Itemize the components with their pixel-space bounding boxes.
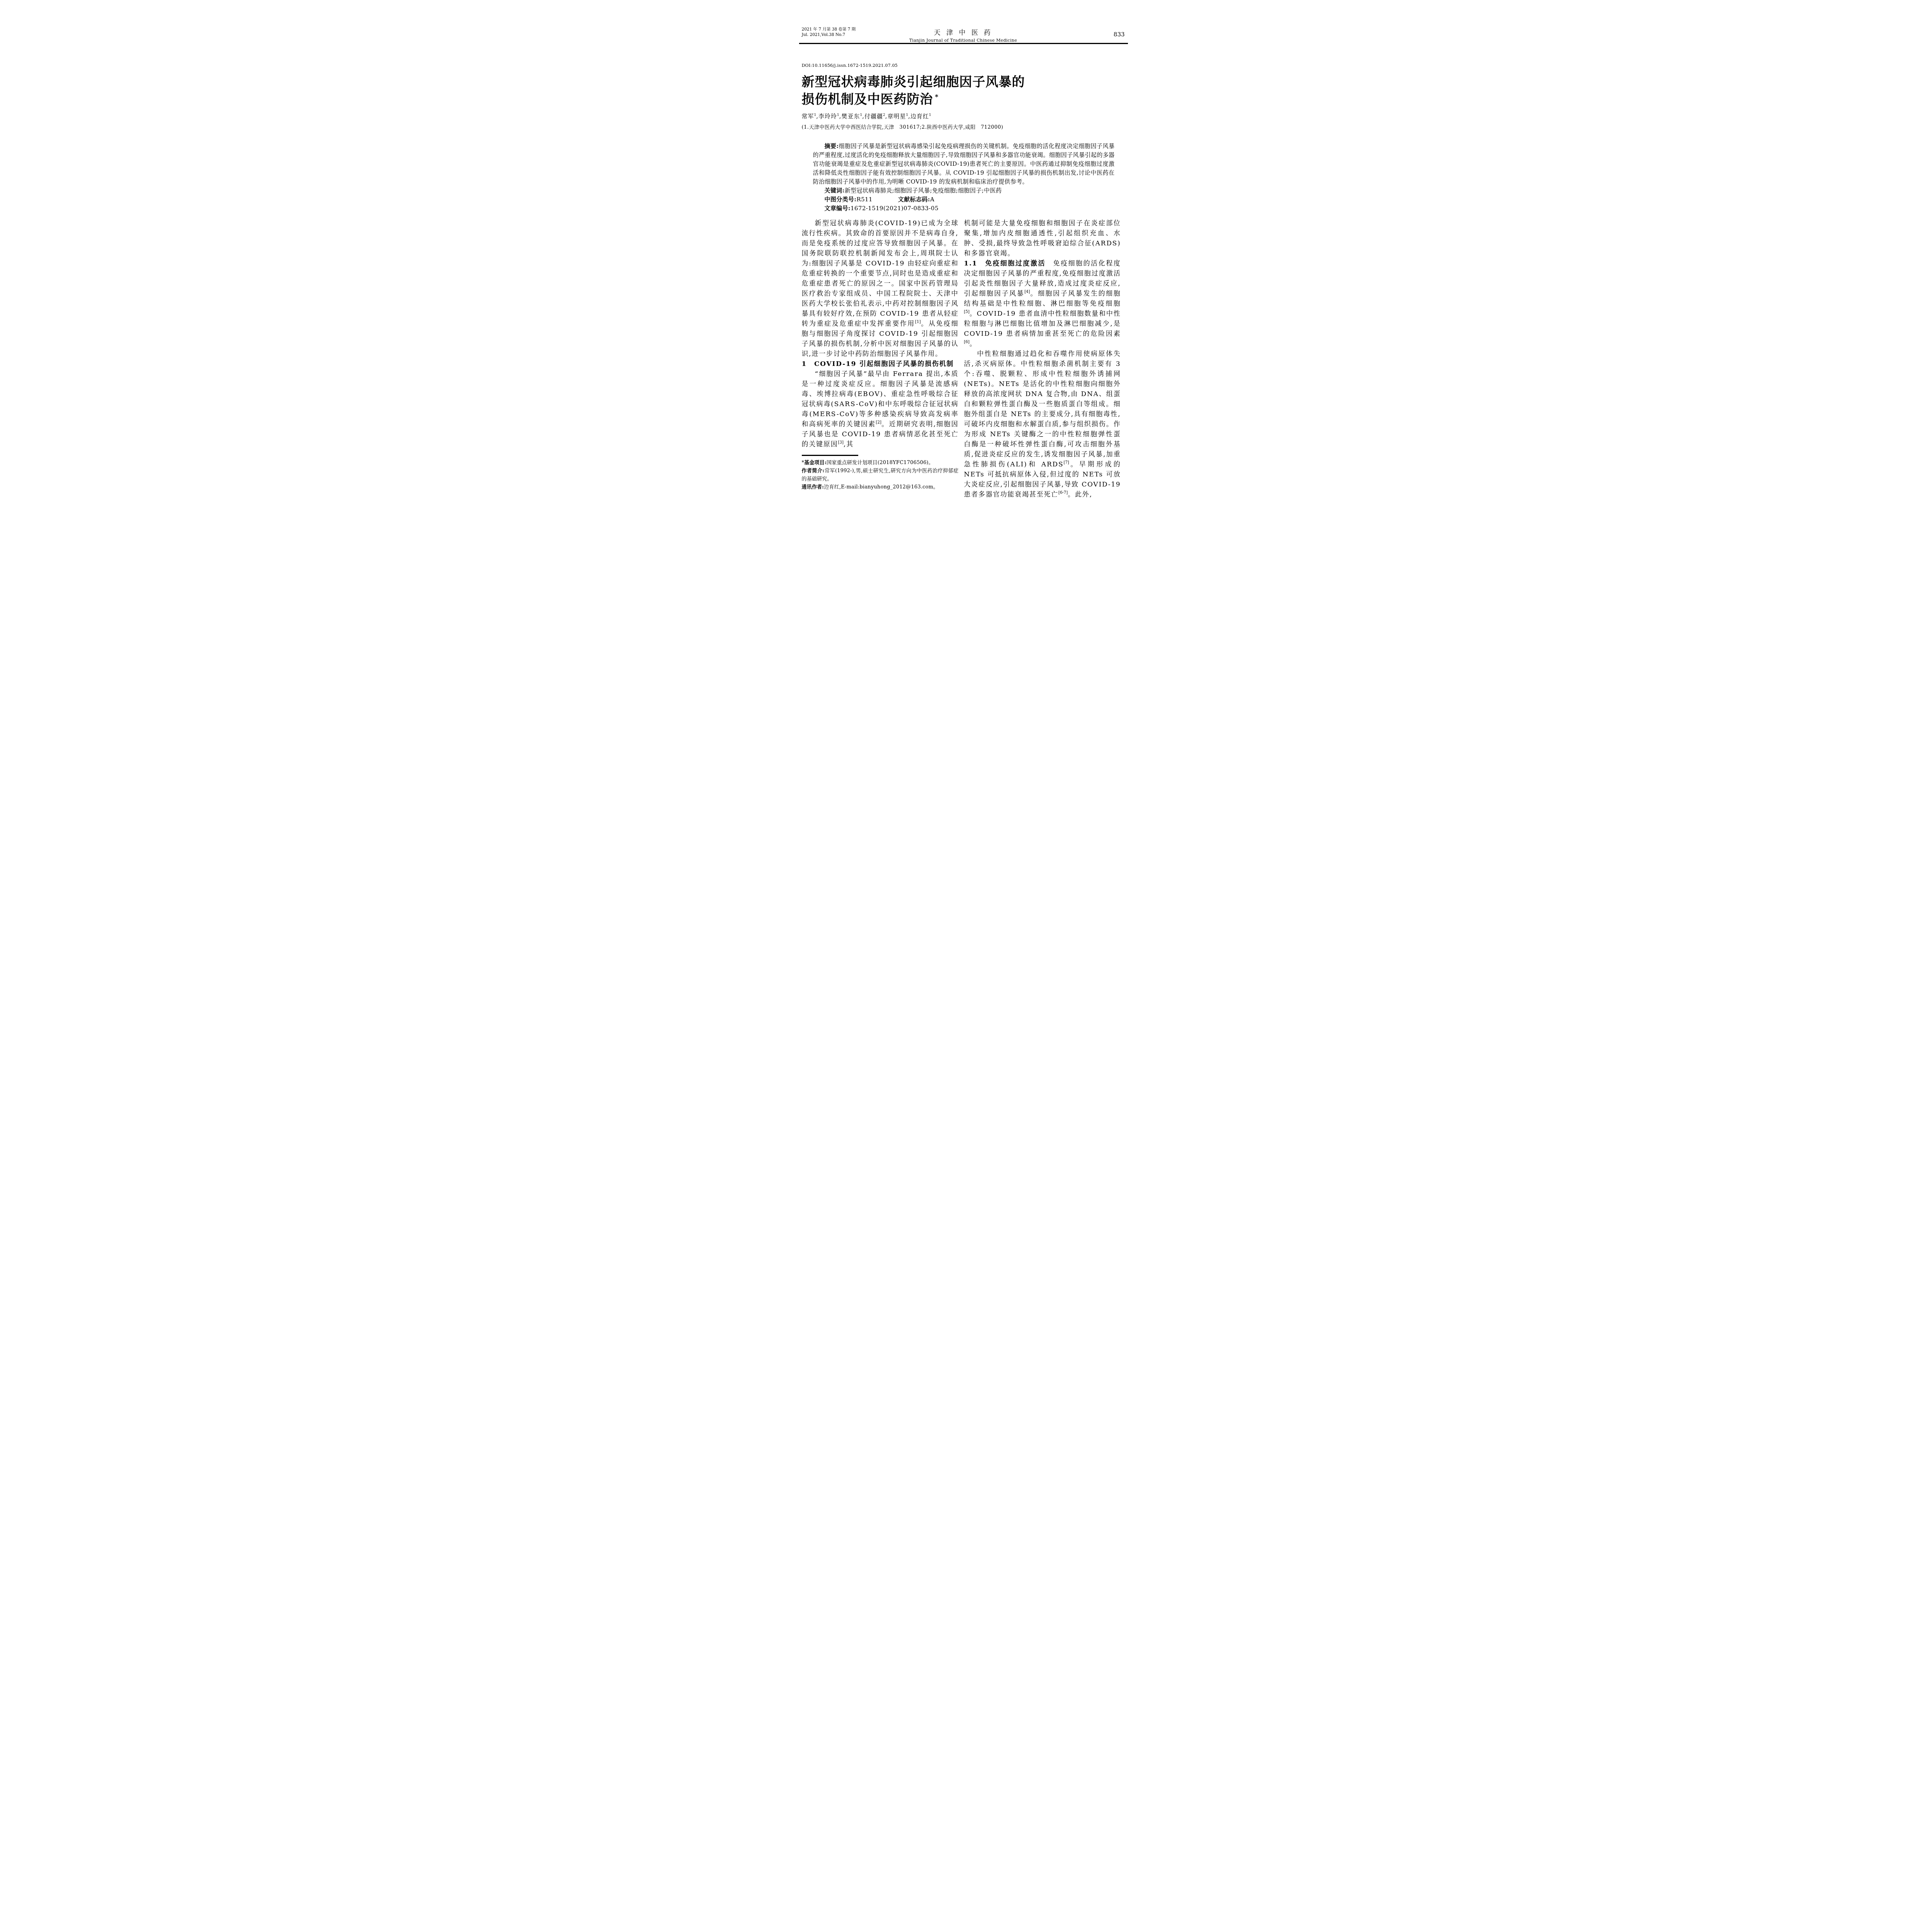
- abstract-paragraph: 摘要:细胞因子风暴是新型冠状病毒感染引起免疫病理损伤的关键机制。免疫细胞的活化程…: [813, 142, 1115, 186]
- section-1-1-paragraph: 1.1 免疫细胞过度激活 免疫细胞的活化程度决定细胞因子风暴的严重程度,免疫细胞…: [964, 259, 1121, 349]
- doc-type-label: 文献标志码:: [898, 196, 930, 203]
- body-columns: 新型冠状病毒肺炎(COVID-19)已成为全球流行性疾病。其致命的首要原因并不是…: [802, 218, 1125, 491]
- footnote-block: *基金项目:国家重点研发计划项目(2018YFC1706506)。 作者简介:常…: [802, 455, 959, 491]
- author-bio-note: 作者简介:常军(1992-),男,硕士研究生,研究方向为中医药治疗抑郁症的基础研…: [802, 467, 959, 483]
- title-footnote-star: *: [935, 93, 939, 100]
- body-paragraph: “细胞因子风暴”最早由 Ferrara 提出,本质是一种过度炎症反应。细胞因子风…: [802, 369, 959, 449]
- header-rule: [799, 43, 1128, 44]
- footnote-rule: [802, 455, 858, 456]
- body-paragraph-continuation: 机制可能是大量免疫细胞和细胞因子在炎症部位聚集,增加内皮细胞通透性,引起组织充血…: [964, 218, 1121, 259]
- page-header: 天 津 中 医 药 Tianjin Journal of Traditional…: [802, 27, 1125, 40]
- journal-title-en: Tianjin Journal of Traditional Chinese M…: [802, 38, 1125, 43]
- right-column: 机制可能是大量免疫细胞和细胞因子在炎症部位聚集,增加内皮细胞通透性,引起组织充血…: [964, 218, 1121, 491]
- clc-label: 中图分类号:: [825, 196, 857, 203]
- article-title-line2: 损伤机制及中医药防治*: [802, 90, 1125, 108]
- left-column: 新型冠状病毒肺炎(COVID-19)已成为全球流行性疾病。其致命的首要原因并不是…: [802, 218, 959, 491]
- section-heading-1: 1 COVID-19 引起细胞因子风暴的损伤机制: [802, 359, 959, 369]
- article-title: 新型冠状病毒肺炎引起细胞因子风暴的 损伤机制及中医药防治*: [802, 73, 1125, 108]
- corresponding-author-note: 通讯作者:边育红,E-mail:bianyuhong_2012@163.com。: [802, 483, 959, 491]
- authors-line: 常军1,李玲玲1,樊亚东1,付疆疆2,章明星1,边育红1: [802, 112, 1125, 120]
- article-title-line1: 新型冠状病毒肺炎引起细胞因子风暴的: [802, 73, 1125, 90]
- issue-info-cn: 2021 年 7 月第 38 卷第 7 期: [802, 27, 1125, 32]
- page-number: 833: [1114, 31, 1125, 38]
- issue-info: 2021 年 7 月第 38 卷第 7 期 Jul. 2021,Vol.38 N…: [802, 27, 1125, 37]
- clc-value: R511: [856, 196, 873, 203]
- keywords-line: 关键词:新型冠状病毒肺炎;细胞因子风暴;免疫细胞;细胞因子;中医药: [813, 186, 1115, 195]
- doc-type-value: A: [930, 196, 934, 203]
- clc-line: 中图分类号:R511文献标志码:A: [813, 195, 1115, 204]
- body-paragraph: 新型冠状病毒肺炎(COVID-19)已成为全球流行性疾病。其致命的首要原因并不是…: [802, 218, 959, 359]
- article-id-line: 文章编号:1672-1519(2021)07-0833-05: [813, 204, 1115, 213]
- abstract-block: 摘要:细胞因子风暴是新型冠状病毒感染引起免疫病理损伤的关键机制。免疫细胞的活化程…: [813, 142, 1115, 213]
- fund-note: *基金项目:国家重点研发计划项目(2018YFC1706506)。: [802, 459, 959, 467]
- affiliation-line: (1.天津中医药大学中西医结合学院,天津 301617;2.陕西中医药大学,咸阳…: [802, 123, 1125, 130]
- body-paragraph: 中性粒细胞通过趋化和吞噬作用使病原体失活,杀灭病原体。中性粒细胞杀菌机制主要有 …: [964, 349, 1121, 500]
- issue-info-en: Jul. 2021,Vol.38 No.7: [802, 32, 1125, 38]
- journal-page: 天 津 中 医 药 Tianjin Journal of Traditional…: [767, 0, 1150, 520]
- doi-line: DOI:10.11656/j.issn.1672-1519.2021.07.05: [802, 63, 1125, 68]
